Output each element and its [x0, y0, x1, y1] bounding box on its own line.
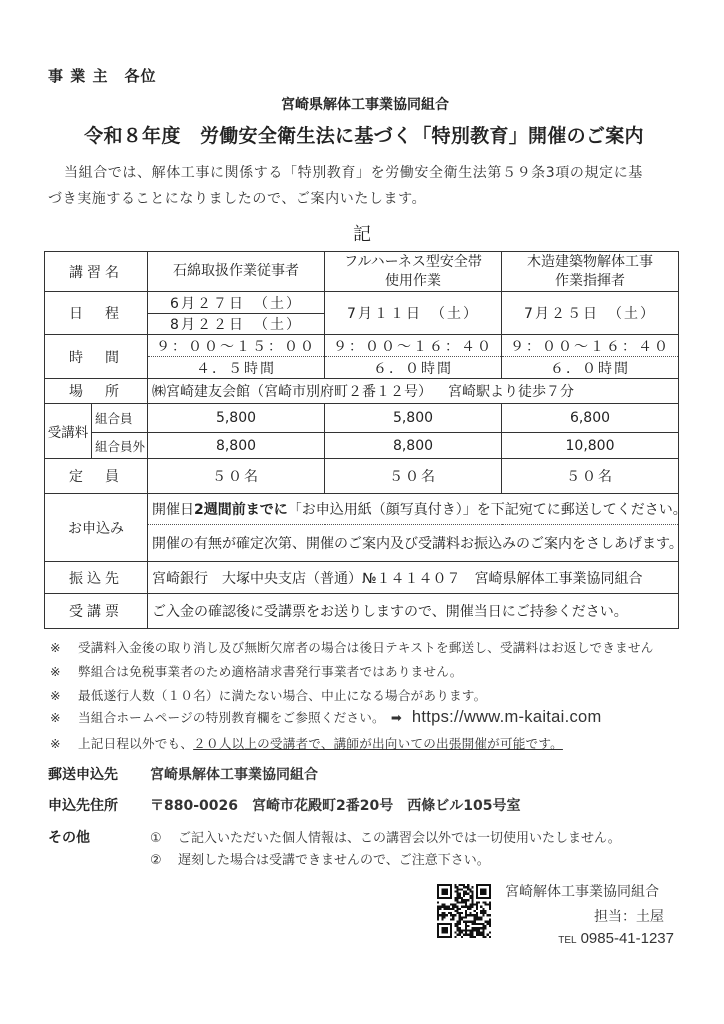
- course-1-hours: ４．５時間: [148, 357, 325, 379]
- organization-name: 宮崎県解体工事業協同組合: [0, 94, 724, 114]
- note-5: ※上記日程以外でも、２０人以上の受講者で、講師が出向いての出張開催が可能です。: [50, 733, 563, 752]
- course-2-date: 7月１１日 （土）: [325, 292, 502, 335]
- intro-text-line-1: 当組合では、解体工事に関係する「特別教育」を労働安全衛生法第５９条3項の規定に基: [64, 162, 643, 182]
- row-schedule: 日 程 6月２７日 （土） 7月１１日 （土） 7月２５日 （土）: [45, 292, 679, 314]
- row-capacity: 定 員 ５０名 ５０名 ５０名: [45, 459, 679, 494]
- course-1-fee-nonmember: 8,800: [148, 433, 325, 459]
- note-4: ※当組合ホームページの特別教育欄をご参照ください。➡https://www.m-…: [50, 707, 602, 727]
- course-2-time: ９：００～１６：４０: [325, 335, 502, 357]
- note-3: ※最低遂行人数（１０名）に満たない場合、中止になる場合があります。: [50, 685, 486, 704]
- phone-icon: TEL: [558, 935, 576, 946]
- row-transfer: 振込先 宮崎銀行 大塚中央支店（普通）№１４１４０７ 宮崎県解体工事業協同組合: [45, 562, 679, 594]
- course-1-fee-member: 5,800: [148, 404, 325, 433]
- note-2: ※弊組合は免税事業者のため適格請求書発行事業者ではありません。: [50, 661, 463, 680]
- footer-staff: 担当：土屋: [594, 906, 664, 926]
- arrow-right-icon: ➡: [391, 711, 402, 726]
- label-course: 講習名: [45, 252, 148, 292]
- mail-to-label: 郵送申込先: [48, 764, 118, 784]
- homepage-link[interactable]: https://www.m-kaitai.com: [412, 708, 602, 726]
- recipient-line: 事 業 主 各位: [48, 65, 156, 86]
- label-fee-member: 組合員: [92, 404, 148, 433]
- address-label: 申込先住所: [48, 795, 118, 815]
- course-1-name: 石綿取扱作業従事者: [148, 252, 325, 292]
- label-transfer: 振込先: [45, 562, 148, 594]
- course-1-capacity: ５０名: [148, 459, 325, 494]
- transfer-account: 宮崎銀行 大塚中央支店（普通）№１４１４０７ 宮崎県解体工事業協同組合: [148, 562, 679, 594]
- row-fee-nonmember: 組合員外 8,800 8,800 10,800: [45, 433, 679, 459]
- label-ticket: 受講票: [45, 594, 148, 629]
- row-ticket: 受講票 ご入金の確認後に受講票をお送りしますので、開催当日にご持参ください。: [45, 594, 679, 629]
- course-1-date-2: 8月２２日 （土）: [148, 314, 325, 335]
- note-1: ※受講料入金後の取り消し及び無断欠席者の場合は後日テキストを郵送し、受講料はお返…: [50, 637, 653, 656]
- row-course-name: 講習名 石綿取扱作業従事者 フルハーネス型安全帯使用作業 木造建築物解体工事作業…: [45, 252, 679, 292]
- venue-access: 宮崎駅より徒歩７分: [448, 381, 574, 401]
- address-value: 〒880-0026 宮崎市花殿町2番20号 西條ビル105号室: [150, 795, 520, 815]
- course-info-table: 講習名 石綿取扱作業従事者 フルハーネス型安全帯使用作業 木造建築物解体工事作業…: [44, 251, 679, 629]
- row-fee-member: 受講料 組合員 5,800 5,800 6,800: [45, 404, 679, 433]
- note-mark: ※: [50, 640, 78, 655]
- other-item-1: ①ご記入いただいた個人情報は、この講習会以外では一切使用いたしません。: [150, 827, 621, 846]
- qr-code: [437, 884, 491, 938]
- note-mark: ※: [50, 664, 78, 679]
- footer-phone: TEL0985-41-1237: [558, 930, 674, 947]
- label-schedule: 日 程: [45, 292, 148, 335]
- other-item-2: ②遅刻した場合は受講できませんので、ご注意下さい。: [150, 849, 490, 868]
- footer-organization: 宮崎解体工事業協同組合: [505, 881, 659, 901]
- label-fee: 受講料: [45, 404, 92, 459]
- course-2-hours: ６．０時間: [325, 357, 502, 379]
- label-application: お申込み: [45, 494, 148, 562]
- venue-address: ㈱宮崎建友会館（宮崎市別府町２番１２号）: [152, 384, 432, 400]
- course-2-fee-nonmember: 8,800: [325, 433, 502, 459]
- note-mark: ※: [50, 710, 78, 725]
- other-label: その他: [48, 827, 90, 847]
- application-line-1: 開催日2週間前までに「お申込用紙（顔写真付き）」を下記宛てに郵送してください。: [148, 494, 679, 525]
- course-3-fee-member: 6,800: [502, 404, 679, 433]
- note-mark: ※: [50, 736, 78, 751]
- label-time: 時 間: [45, 335, 148, 379]
- course-3-fee-nonmember: 10,800: [502, 433, 679, 459]
- course-3-hours: ６．０時間: [502, 357, 679, 379]
- label-capacity: 定 員: [45, 459, 148, 494]
- application-deadline: 2週間前までに: [194, 502, 288, 518]
- mail-to-value: 宮崎県解体工事業協同組合: [150, 764, 318, 784]
- onsite-session-note: ２０人以上の受講者で、講師が出向いての出張開催が可能です。: [193, 736, 563, 751]
- label-fee-nonmember: 組合員外: [92, 433, 148, 459]
- course-2-capacity: ５０名: [325, 459, 502, 494]
- course-3-time: ９：００～１６：４０: [502, 335, 679, 357]
- phone-number: 0985-41-1237: [581, 930, 674, 947]
- course-3-date: 7月２５日 （土）: [502, 292, 679, 335]
- course-3-capacity: ５０名: [502, 459, 679, 494]
- ticket-info: ご入金の確認後に受講票をお送りしますので、開催当日にご持参ください。: [148, 594, 679, 629]
- ki-heading: 記: [0, 220, 724, 246]
- label-venue: 場 所: [45, 379, 148, 404]
- application-line-2: 開催の有無が確定次第、開催のご案内及び受講料お振込みのご案内をさしあげます。: [148, 525, 679, 562]
- course-3-name: 木造建築物解体工事作業指揮者: [502, 252, 679, 292]
- course-1-date-1: 6月２７日 （土）: [148, 292, 325, 314]
- venue-cell: ㈱宮崎建友会館（宮崎市別府町２番１２号） 宮崎駅より徒歩７分: [148, 379, 679, 404]
- course-1-time: ９：００～１５：００: [148, 335, 325, 357]
- row-time: 時 間 ９：００～１５：００ ９：００～１６：４０ ９：００～１６：４０: [45, 335, 679, 357]
- row-application-1: お申込み 開催日2週間前までに「お申込用紙（顔写真付き）」を下記宛てに郵送してく…: [45, 494, 679, 525]
- course-2-name: フルハーネス型安全帯使用作業: [325, 252, 502, 292]
- course-2-fee-member: 5,800: [325, 404, 502, 433]
- note-mark: ※: [50, 688, 78, 703]
- page-title: 令和８年度 労働安全衛生法に基づく「特別教育」開催のご案内: [0, 121, 724, 148]
- row-venue: 場 所 ㈱宮崎建友会館（宮崎市別府町２番１２号） 宮崎駅より徒歩７分: [45, 379, 679, 404]
- intro-text-line-2: づき実施することになりましたので、ご案内いたします。: [48, 188, 426, 208]
